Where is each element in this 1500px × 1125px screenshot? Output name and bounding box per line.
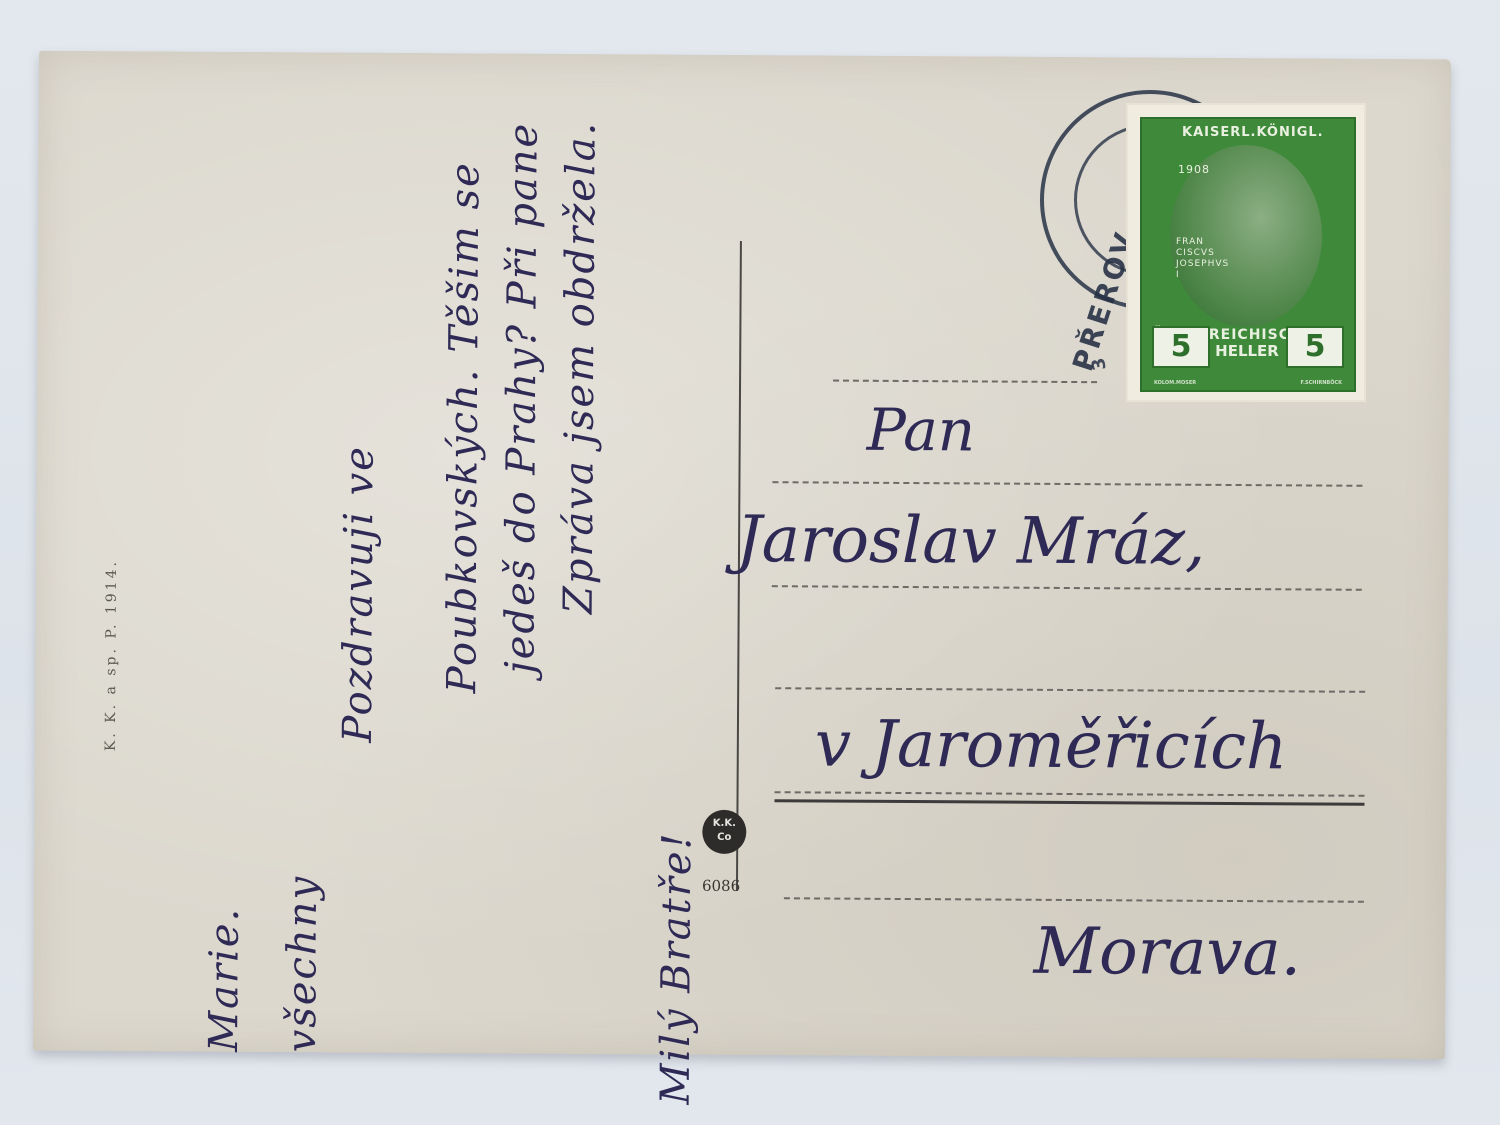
address-line-5-underline bbox=[774, 799, 1364, 806]
publisher-imprint: K. K. a sp. P. 1914. bbox=[103, 559, 120, 751]
message-line-1: Zpráva jsem obdržela. bbox=[556, 121, 605, 615]
stamp-caption: FRAN CISCVS JOSEPHVS I bbox=[1176, 237, 1229, 281]
address-line-4 bbox=[775, 687, 1365, 693]
logo-line1: K.K. bbox=[702, 817, 746, 831]
address-line-2 bbox=[772, 481, 1362, 487]
stamp-engraver: F.SCHIRNBÖCK bbox=[1300, 380, 1342, 386]
address-line-1 bbox=[833, 380, 1097, 384]
caption-line: I bbox=[1176, 270, 1229, 281]
address-town: v Jaroměřicích bbox=[815, 707, 1288, 784]
message-line-4: Pozdravuji ve bbox=[335, 445, 383, 743]
stamp-designer: KOLOM.MOSER bbox=[1154, 380, 1196, 386]
stamp-design: KAISERL.KÖNIGL. 1908 FRAN CISCVS JOSEPHV… bbox=[1140, 117, 1356, 392]
message-line-5: všechny bbox=[279, 875, 326, 1053]
message-line-2: jedeš do Prahy? Při pane bbox=[497, 122, 546, 674]
address-salutation: Pan bbox=[867, 396, 976, 465]
stamp-year: 1908 bbox=[1178, 163, 1210, 176]
signature: Marie. bbox=[201, 907, 248, 1052]
logo-line2: Co bbox=[702, 831, 746, 845]
address-line-6 bbox=[784, 897, 1364, 903]
card-number: 6086 bbox=[702, 877, 740, 895]
stamp-top-text: KAISERL.KÖNIGL. bbox=[1182, 125, 1324, 140]
address-region: Morava. bbox=[1033, 915, 1301, 991]
greeting: Milý Bratře! bbox=[653, 831, 701, 1104]
stamp-value-right: 5 bbox=[1286, 326, 1344, 368]
address-line-5 bbox=[775, 791, 1365, 797]
caption-line: FRAN bbox=[1176, 237, 1229, 248]
address-name: Jaroslav Mráz, bbox=[736, 503, 1206, 580]
postage-stamp: KAISERL.KÖNIGL. 1908 FRAN CISCVS JOSEPHV… bbox=[1128, 105, 1364, 400]
stamp-value-left: 5 bbox=[1152, 326, 1210, 368]
message-line-3: Poubkovských. Těšim se bbox=[439, 161, 488, 693]
caption-line: JOSEPHVS bbox=[1176, 259, 1229, 270]
stamp-denomination: HELLER bbox=[1214, 342, 1280, 360]
publisher-logo: K.K. Co bbox=[702, 810, 746, 854]
caption-line: CISCVS bbox=[1176, 248, 1229, 259]
address-line-3 bbox=[772, 585, 1362, 591]
